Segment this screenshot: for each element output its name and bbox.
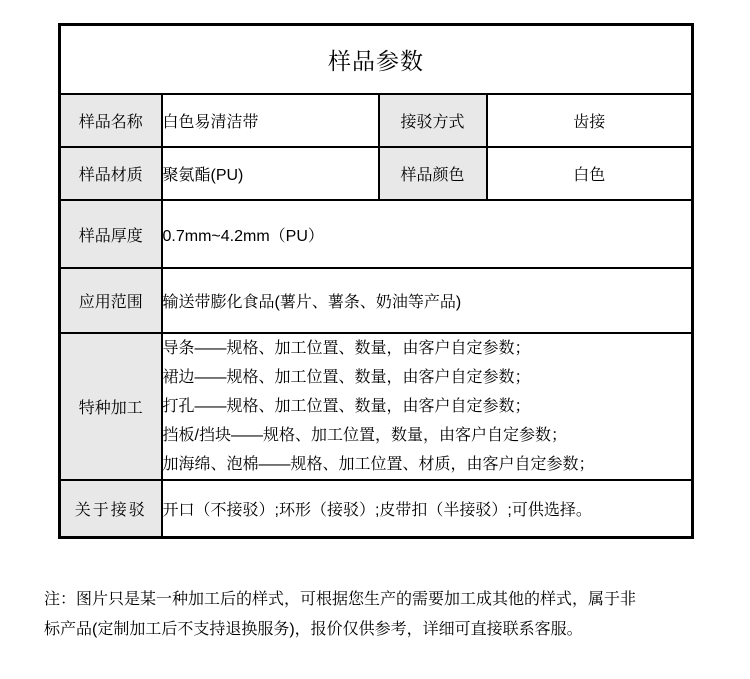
label-sample-color: 样品颜色 <box>379 147 487 200</box>
value-sample-material: 聚氨酯(PU) <box>162 147 379 200</box>
footer-note-line-1: 注：图片只是某一种加工后的样式，可根据您生产的需要加工成其他的样式，属于非 <box>44 585 716 615</box>
table-row-application: 应用范围 输送带膨化食品(薯片、薯条、奶油等产品) <box>60 268 693 333</box>
label-application-range: 应用范围 <box>60 268 162 333</box>
label-sample-name: 样品名称 <box>60 94 162 147</box>
value-sample-thickness: 0.7mm~4.2mm（PU） <box>162 200 693 268</box>
special-line-punching: 打孔——规格、加工位置、数量，由客户自定参数； <box>163 392 692 421</box>
table-row-splice: 关于接驳 开口（不接驳）;环形（接驳）;皮带扣（半接驳）;可供选择。 <box>60 480 693 538</box>
label-joint-method: 接驳方式 <box>379 94 487 147</box>
special-line-skirt: 裙边——规格、加工位置、数量，由客户自定参数； <box>163 363 692 392</box>
table-title: 样品参数 <box>60 25 693 95</box>
label-special-processing: 特种加工 <box>60 333 162 480</box>
value-sample-color: 白色 <box>487 147 693 200</box>
label-sample-thickness: 样品厚度 <box>60 200 162 268</box>
footer-note: 注：图片只是某一种加工后的样式，可根据您生产的需要加工成其他的样式，属于非 标产… <box>44 585 716 645</box>
label-sample-material: 样品材质 <box>60 147 162 200</box>
value-about-splicing: 开口（不接驳）;环形（接驳）;皮带扣（半接驳）;可供选择。 <box>162 480 693 538</box>
table-row-thickness: 样品厚度 0.7mm~4.2mm（PU） <box>60 200 693 268</box>
table-row-name-joint: 样品名称 白色易清洁带 接驳方式 齿接 <box>60 94 693 147</box>
sample-parameters-table: 样品参数 样品名称 白色易清洁带 接驳方式 齿接 样品材质 聚氨酯(PU) 样品… <box>58 23 694 539</box>
label-about-splicing: 关于接驳 <box>60 480 162 538</box>
footer-note-line-2: 标产品(定制加工后不支持退换服务)，报价仅供参考，详细可直接联系客服。 <box>44 615 716 645</box>
value-application-range: 输送带膨化食品(薯片、薯条、奶油等产品) <box>162 268 693 333</box>
value-joint-method: 齿接 <box>487 94 693 147</box>
special-line-guide-strip: 导条——规格、加工位置、数量，由客户自定参数； <box>163 334 692 363</box>
table-row-material-color: 样品材质 聚氨酯(PU) 样品颜色 白色 <box>60 147 693 200</box>
value-sample-name: 白色易清洁带 <box>162 94 379 147</box>
table-row-special-processing: 特种加工 导条——规格、加工位置、数量，由客户自定参数； 裙边——规格、加工位置… <box>60 333 693 480</box>
value-special-processing: 导条——规格、加工位置、数量，由客户自定参数； 裙边——规格、加工位置、数量，由… <box>162 333 693 480</box>
special-line-baffle: 挡板/挡块——规格、加工位置，数量，由客户自定参数； <box>163 421 692 450</box>
table-title-row: 样品参数 <box>60 25 693 95</box>
special-line-sponge-foam: 加海绵、泡棉——规格、加工位置、材质，由客户自定参数； <box>163 450 692 479</box>
page: { "table": { "title": "样品参数", "rows": { … <box>0 0 750 679</box>
